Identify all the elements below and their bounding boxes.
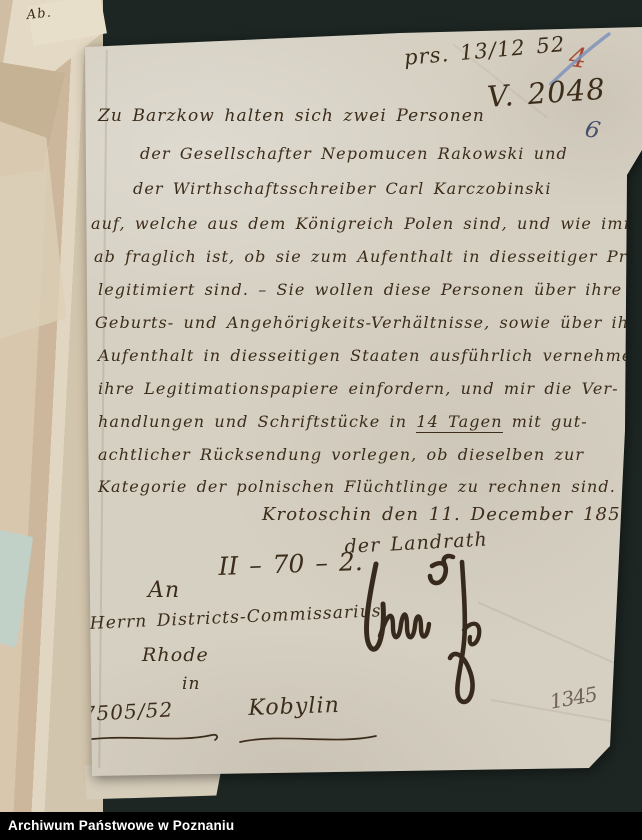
deadline-pre: handlungen und Schriftstücke in xyxy=(98,412,416,431)
letter-line: ab fraglich ist, ob sie zum Aufenthalt i… xyxy=(94,247,642,266)
address-place: Kobylin xyxy=(248,693,340,721)
file-number-underline-flourish xyxy=(70,728,225,748)
letter-line: Aufenthalt in diesseitigen Staaten ausfü… xyxy=(98,346,642,365)
address-preposition: in xyxy=(182,674,201,694)
landrat-signature xyxy=(358,552,508,712)
pencil-mark: 1345 xyxy=(548,682,598,714)
paper-crease xyxy=(98,50,108,768)
address-salutation: An xyxy=(148,578,180,603)
letter-line: auf, welche aus dem Königreich Polen sin… xyxy=(91,214,642,233)
address-name: Rhode xyxy=(142,644,209,666)
letter-line: achtlicher Rücksendung vorlegen, ob dies… xyxy=(98,445,584,464)
letter-line: der Gesellschafter Nepomucen Rakowski un… xyxy=(140,144,568,163)
letter-sheet-wrap: prs. 13/12 52 4 V. 2048 6 Zu Barzkow hal… xyxy=(0,0,642,840)
letter-line: ihre Legitimationspapiere einfordern, un… xyxy=(98,379,619,398)
letter-line: Geburts- und Angehörigkeits-Verhältnisse… xyxy=(95,313,642,332)
address-recipient: Den Herrn Districts-Commissarius xyxy=(42,601,382,636)
letter-line: Kategorie der polnischen Flüchtlinge zu … xyxy=(98,477,634,496)
letter-line: legitimiert sind. – Sie wollen diese Per… xyxy=(98,280,622,299)
letter-line: Zu Barzkow halten sich zwei Personen xyxy=(98,106,485,126)
margin-brace-mark: { xyxy=(72,276,86,300)
file-number: 7505/52 xyxy=(82,697,174,726)
letter-line-deadline: handlungen und Schriftstücke in 14 Tagen… xyxy=(98,412,588,431)
letter-sheet: prs. 13/12 52 4 V. 2048 6 Zu Barzkow hal… xyxy=(0,0,642,840)
side-number: 6 xyxy=(583,116,604,145)
archive-footer-bar: Archiwum Państwowe w Poznaniu xyxy=(0,812,642,840)
archive-scan-page: Ab. prs. 13/12 52 4 V. 2048 6 Zu Barzkow… xyxy=(0,0,642,840)
presentation-note: prs. 13/12 52 xyxy=(403,32,566,70)
registry-code: II – 70 – 2. xyxy=(218,547,363,581)
place-underline-flourish xyxy=(236,730,381,748)
journal-number: V. 2048 xyxy=(486,72,607,114)
deadline-post: mit gut- xyxy=(503,412,588,431)
letter-line: der Wirthschaftsschreiber Carl Karczobin… xyxy=(133,179,552,198)
dateline: Krotoschin den 11. December 1852. xyxy=(262,504,640,525)
archive-name-label: Archiwum Państwowe w Poznaniu xyxy=(8,812,234,840)
deadline-underlined: 14 Tagen xyxy=(416,412,502,433)
